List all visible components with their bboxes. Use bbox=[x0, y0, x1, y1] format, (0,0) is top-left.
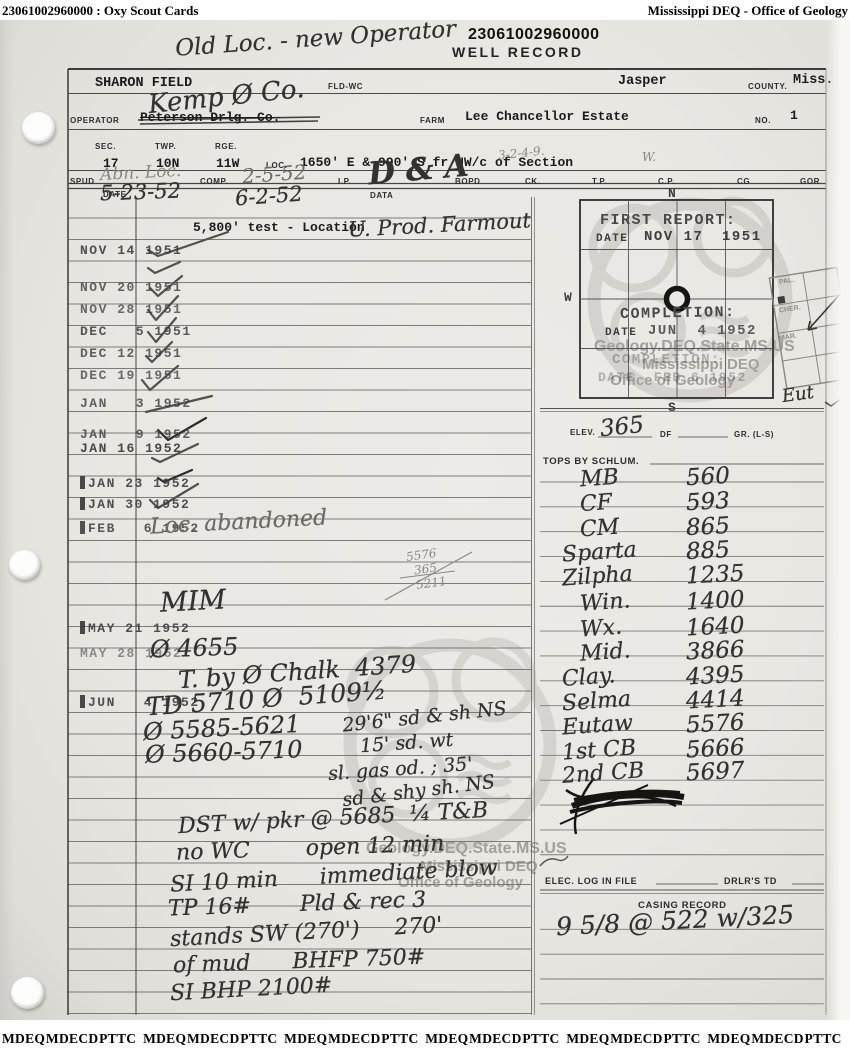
date-stamp: DEC 19 1951 bbox=[80, 368, 182, 383]
page-title: WELL RECORD bbox=[452, 44, 583, 60]
tops-row-depth: 593 bbox=[685, 488, 730, 516]
stamp-edge-mark bbox=[80, 497, 85, 510]
tops-row-depth: 1400 bbox=[685, 586, 745, 615]
well-number: 1 bbox=[790, 108, 798, 123]
footer-stamp-text: MDEQ bbox=[284, 1031, 327, 1047]
completion-date-label: DATE bbox=[605, 327, 637, 339]
comp-date-ink: 6-2-52 bbox=[234, 182, 303, 211]
date-stamp: JAN 30 1952 bbox=[80, 497, 190, 512]
footer-stamp-text: MDEQ bbox=[707, 1031, 750, 1047]
footer-stamp-text: MDECD bbox=[328, 1031, 381, 1047]
compass-s-label: S bbox=[668, 400, 677, 415]
footer-stamp-text: MDECD bbox=[751, 1031, 804, 1047]
operator-label: OPERATOR bbox=[70, 116, 119, 125]
footer-stamp-text: MDEQ bbox=[2, 1031, 45, 1047]
stamp-edge-mark bbox=[80, 476, 85, 489]
df-label: DF bbox=[660, 430, 672, 439]
footer-stamp-text: PTTC bbox=[99, 1031, 136, 1047]
tops-row-name: CF bbox=[579, 490, 613, 517]
date-stamp: JAN 16 1952 bbox=[80, 441, 182, 456]
date-stamp: JAN 3 1952 bbox=[80, 396, 192, 411]
date-col-label: DATE bbox=[103, 190, 127, 199]
gor-label: GOR bbox=[800, 177, 820, 186]
comp-label: COMP. bbox=[200, 177, 228, 186]
eutaw-note: Eut bbox=[781, 382, 816, 407]
tp-label: T.P. bbox=[592, 177, 607, 186]
note-perf2: Ø 5660-5710 bbox=[145, 735, 303, 768]
footer-stamp-text: MDEQ bbox=[425, 1031, 468, 1047]
footer-stamp-text: PTTC bbox=[240, 1031, 277, 1047]
footer-stamp-text: PTTC bbox=[663, 1031, 700, 1047]
cp-label: C.P. bbox=[658, 177, 675, 186]
date-stamp: DEC 12 1951 bbox=[80, 346, 182, 361]
scanned-well-record-page: { "chrome": { "header_left": "2306100296… bbox=[0, 0, 850, 1051]
elev-value: 365 bbox=[599, 412, 645, 442]
tops-row-name: Zilpha bbox=[561, 562, 633, 592]
county-value: Jasper bbox=[618, 74, 667, 89]
stamp-edge-mark bbox=[80, 621, 85, 634]
tops-row-name: Mid. bbox=[579, 638, 631, 666]
footer-stamp-text: MDECD bbox=[469, 1031, 522, 1047]
cg-label: CG bbox=[737, 177, 750, 186]
elev-label: ELEV. bbox=[570, 428, 595, 437]
date-stamp: DEC 5 1951 bbox=[80, 324, 192, 339]
footer-stamp-text: MDEQ bbox=[143, 1031, 186, 1047]
farm-value: Lee Chancellor Estate bbox=[465, 109, 629, 124]
hole-punch bbox=[22, 112, 55, 144]
data-col-label: DATA bbox=[370, 191, 393, 200]
rge-value: 11W bbox=[216, 156, 239, 171]
note-c4655: Ø 4655 bbox=[150, 632, 239, 663]
hole-punch bbox=[9, 550, 40, 580]
scan-left-shadow bbox=[0, 20, 14, 1020]
api-number: 23061002960000 bbox=[468, 26, 600, 44]
footer-stamp-text: MDEQ bbox=[566, 1031, 609, 1047]
spud-label: SPUD bbox=[70, 177, 95, 186]
date-stamp: JAN 23 1952 bbox=[80, 476, 190, 491]
date-stamp: NOV 14 1951 bbox=[80, 243, 182, 258]
rge-label: RGE. bbox=[215, 142, 237, 151]
tops-heading: TOPS BY SCHLUM. bbox=[543, 456, 639, 467]
tops-row-depth: 1235 bbox=[685, 560, 745, 589]
footer-stamp-row: MDEQMDECDPTTCMDEQMDECDPTTCMDEQMDECDPTTCM… bbox=[0, 1031, 850, 1047]
ck-label: CK. bbox=[525, 177, 541, 186]
viewer-header: 23061002960000 : Oxy Scout Cards Mississ… bbox=[0, 0, 850, 20]
date-stamp: NOV 20 1951 bbox=[80, 280, 182, 295]
note-mim: MIM bbox=[159, 584, 227, 618]
first-report-stamp: FIRST REPORT: bbox=[600, 212, 737, 229]
header-left-text: 23061002960000 : Oxy Scout Cards bbox=[2, 3, 198, 19]
sec-label: SEC. bbox=[95, 142, 116, 151]
tops-row-depth: 5697 bbox=[685, 757, 745, 786]
tops-row-name: MB bbox=[579, 465, 619, 493]
bopd-label: BOPD bbox=[455, 177, 481, 186]
footer-stamp-text: PTTC bbox=[522, 1031, 559, 1047]
drlrs-td-label: DRLR'S TD bbox=[724, 876, 777, 886]
footer-stamp-text: PTTC bbox=[805, 1031, 842, 1047]
farm-label: FARM bbox=[420, 116, 445, 125]
note-test_location: 5,800' test - Location bbox=[193, 220, 365, 235]
footer-stamp-text: PTTC bbox=[381, 1031, 418, 1047]
county-label: COUNTY. bbox=[748, 82, 787, 91]
no-label: NO. bbox=[755, 116, 771, 125]
viewer-footer: MDEQMDECDPTTCMDEQMDECDPTTCMDEQMDECDPTTCM… bbox=[0, 1020, 850, 1051]
tops-row-name: Win. bbox=[579, 588, 631, 616]
completion-date-faint: DATE FEB 6 1952 bbox=[598, 370, 747, 385]
completion-date: JUN 4 1952 bbox=[648, 323, 757, 339]
compass-n-label: N bbox=[668, 186, 677, 201]
hole-punch bbox=[11, 977, 44, 1009]
first-report-date-label: DATE bbox=[596, 233, 628, 245]
date-stamp: JAN 9 1952 bbox=[80, 427, 192, 442]
gr-label: GR. (L-S) bbox=[734, 430, 774, 439]
twp-label: TWP. bbox=[155, 142, 176, 151]
ip-label: I.P. bbox=[338, 177, 351, 186]
stamp-edge-mark bbox=[80, 695, 85, 708]
scan-right-edge bbox=[827, 20, 850, 1020]
elec-log-label: ELEC. LOG IN FILE bbox=[545, 876, 637, 886]
first-report-date: NOV 17 bbox=[644, 229, 703, 245]
date-stamp: NOV 28 1951 bbox=[80, 302, 182, 317]
footer-stamp-text: MDECD bbox=[187, 1031, 240, 1047]
tops-row-depth: 560 bbox=[685, 463, 730, 491]
header-right-text: Mississippi DEQ - Office of Geology bbox=[648, 3, 848, 19]
first-report-year: 1951 bbox=[722, 229, 762, 245]
stamp-edge-mark bbox=[80, 521, 85, 534]
completion-stamp: COMPLETION: bbox=[620, 304, 736, 323]
footer-stamp-text: MDECD bbox=[46, 1031, 99, 1047]
completion-stamp-faint: COMPLETION: bbox=[612, 352, 721, 368]
fld-wc-label: FLD-WC bbox=[328, 82, 363, 91]
footer-stamp-text: MDECD bbox=[610, 1031, 663, 1047]
compass-w-label: W bbox=[564, 290, 573, 305]
cp-pencil-note: W. bbox=[642, 150, 656, 164]
